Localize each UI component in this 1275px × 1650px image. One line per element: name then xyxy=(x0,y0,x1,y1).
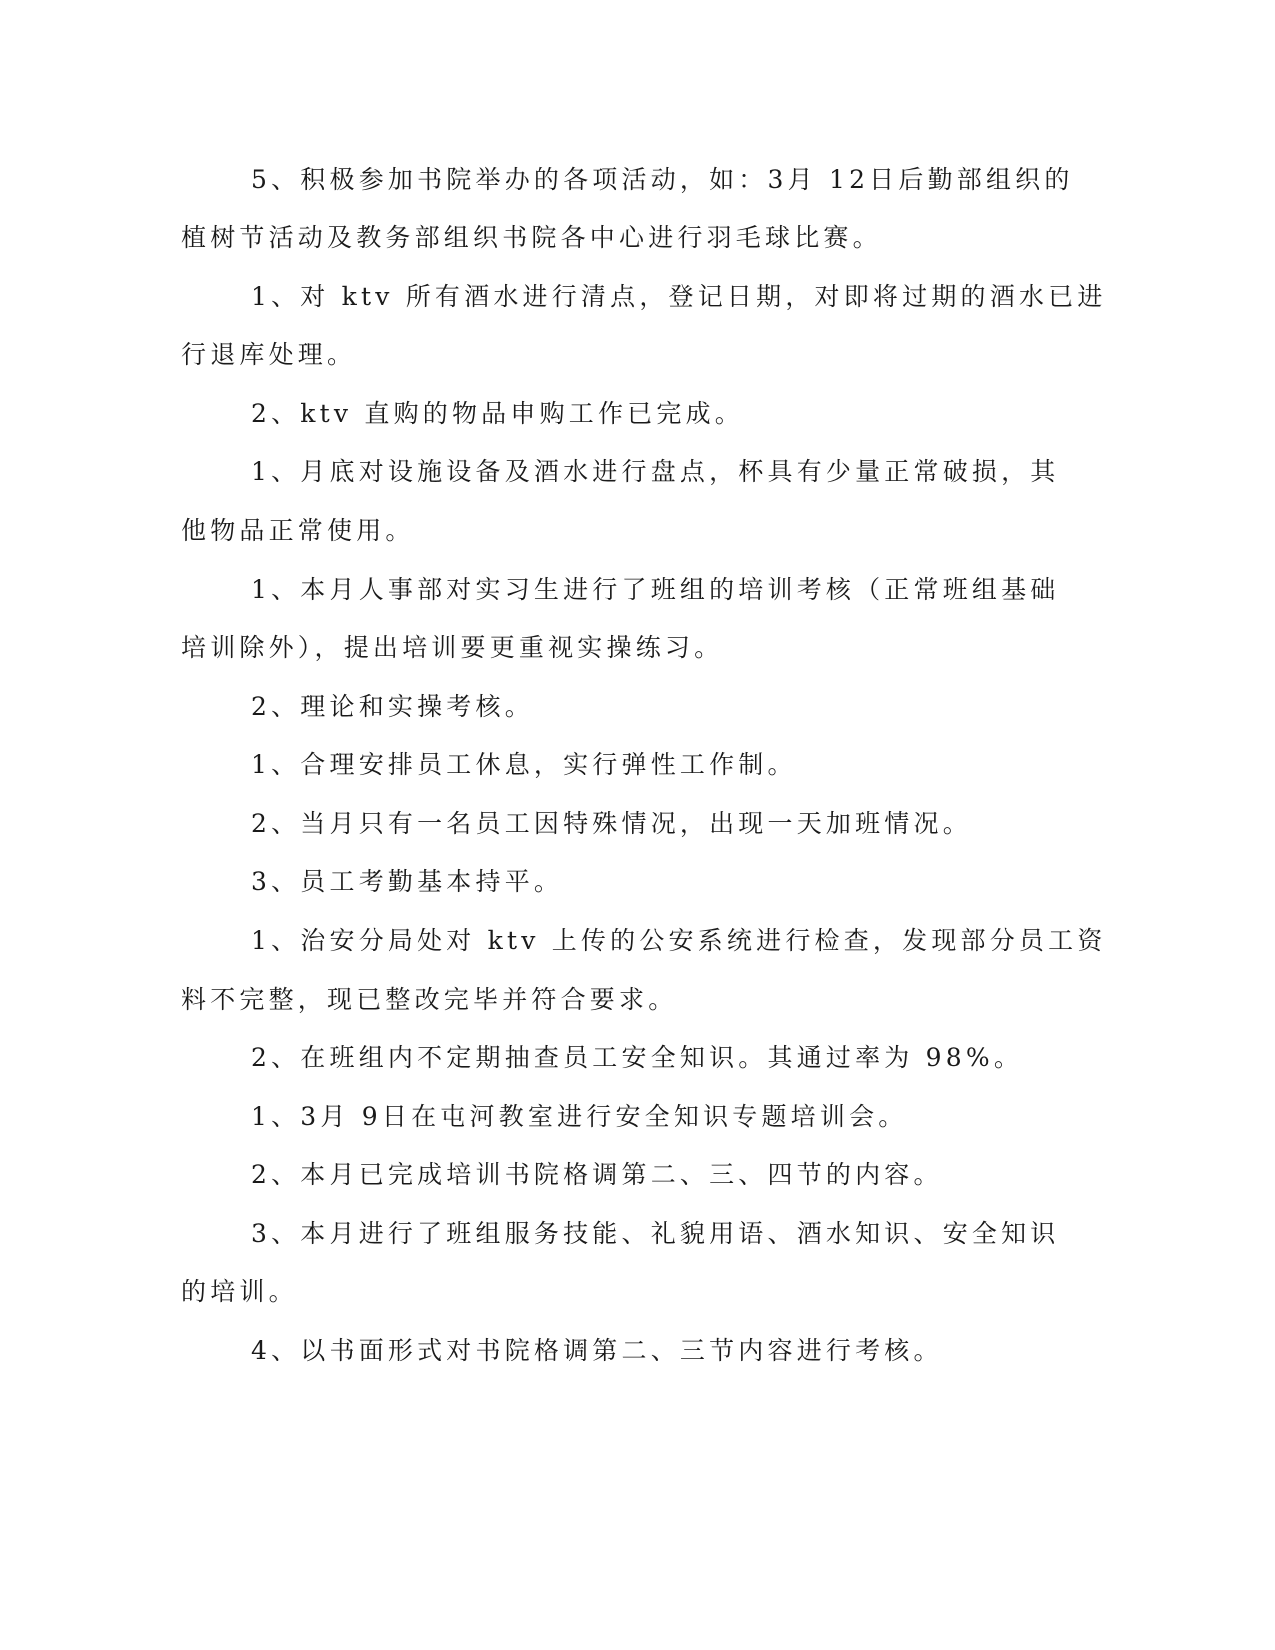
paragraph-theory-practice: 2、理论和实操考核。 xyxy=(251,691,534,723)
paragraph-training-assessment-line-1: 1、本月人事部对实习生进行了班组的培训考核（正常班组基础 xyxy=(251,574,1060,606)
document-page: 5、积极参加书院举办的各项活动，如：3月 12日后勤部组织的 植树节活动及教务部… xyxy=(0,0,1275,1650)
paragraph-written-exam: 4、以书面形式对书院格调第二、三节内容进行考核。 xyxy=(251,1335,943,1367)
paragraph-activities-line-2: 植树节活动及教务部组织书院各中心进行羽毛球比赛。 xyxy=(181,222,882,254)
paragraph-overtime: 2、当月只有一名员工因特殊情况，出现一天加班情况。 xyxy=(251,808,972,840)
paragraph-stocktake-line-1: 1、月底对设施设备及酒水进行盘点，杯具有少量正常破损，其 xyxy=(251,456,1060,488)
paragraph-attendance: 3、员工考勤基本持平。 xyxy=(251,866,563,898)
paragraph-inventory-line-1: 1、对 ktv 所有酒水进行清点，登记日期，对即将过期的酒水已进 xyxy=(251,281,1107,313)
paragraph-style-training: 2、本月已完成培训书院格调第二、三、四节的内容。 xyxy=(251,1159,943,1191)
paragraph-stocktake-line-2: 他物品正常使用。 xyxy=(181,515,415,547)
paragraph-skills-training-line-2: 的培训。 xyxy=(181,1276,298,1308)
paragraph-training-assessment-line-2: 培训除外），提出培训要更重视实操练习。 xyxy=(181,632,723,664)
paragraph-security-check-line-1: 1、治安分局处对 ktv 上传的公安系统进行检查，发现部分员工资 xyxy=(251,925,1107,957)
paragraph-safety-quiz: 2、在班组内不定期抽查员工安全知识。其通过率为 98%。 xyxy=(251,1042,1023,1074)
paragraph-purchase: 2、ktv 直购的物品申购工作已完成。 xyxy=(251,398,744,430)
paragraph-activities-line-1: 5、积极参加书院举办的各项活动，如：3月 12日后勤部组织的 xyxy=(251,164,1074,196)
paragraph-rest-schedule: 1、合理安排员工休息，实行弹性工作制。 xyxy=(251,749,797,781)
paragraph-inventory-line-2: 行退库处理。 xyxy=(181,339,356,371)
paragraph-security-check-line-2: 料不完整，现已整改完毕并符合要求。 xyxy=(181,984,677,1016)
paragraph-safety-training: 1、3月 9日在屯河教室进行安全知识专题培训会。 xyxy=(251,1101,907,1133)
paragraph-skills-training-line-1: 3、本月进行了班组服务技能、礼貌用语、酒水知识、安全知识 xyxy=(251,1218,1060,1250)
